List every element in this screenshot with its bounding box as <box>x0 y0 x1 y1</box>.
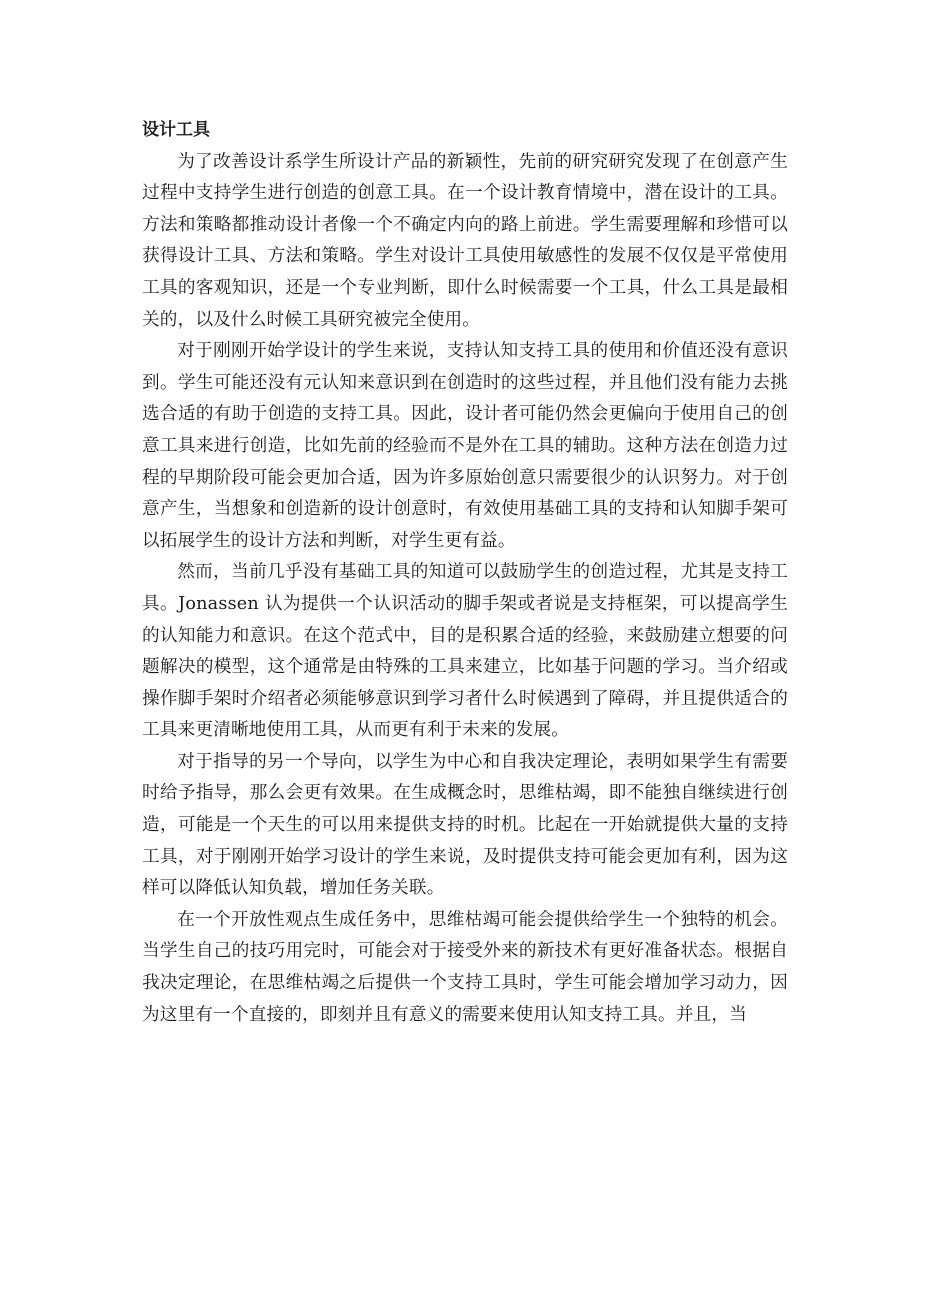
document-page: 设计工具 为了改善设计系学生所设计产品的新颖性，先前的研究研究发现了在创意产生过… <box>142 115 788 1031</box>
paragraph-1: 为了改善设计系学生所设计产品的新颖性，先前的研究研究发现了在创意产生过程中支持学… <box>142 147 788 337</box>
paragraph-5: 在一个开放性观点生成任务中，思维枯竭可能会提供给学生一个独特的机会。当学生自己的… <box>142 905 788 1031</box>
section-heading: 设计工具 <box>142 115 788 147</box>
paragraph-4: 对于指导的另一个导向，以学生为中心和自我决定理论，表明如果学生有需要时给予指导，… <box>142 747 788 905</box>
paragraph-3: 然而，当前几乎没有基础工具的知道可以鼓励学生的创造过程，尤其是支持工具。Jona… <box>142 557 788 747</box>
paragraph-2: 对于刚刚开始学设计的学生来说，支持认知支持工具的使用和价值还没有意识到。学生可能… <box>142 336 788 557</box>
